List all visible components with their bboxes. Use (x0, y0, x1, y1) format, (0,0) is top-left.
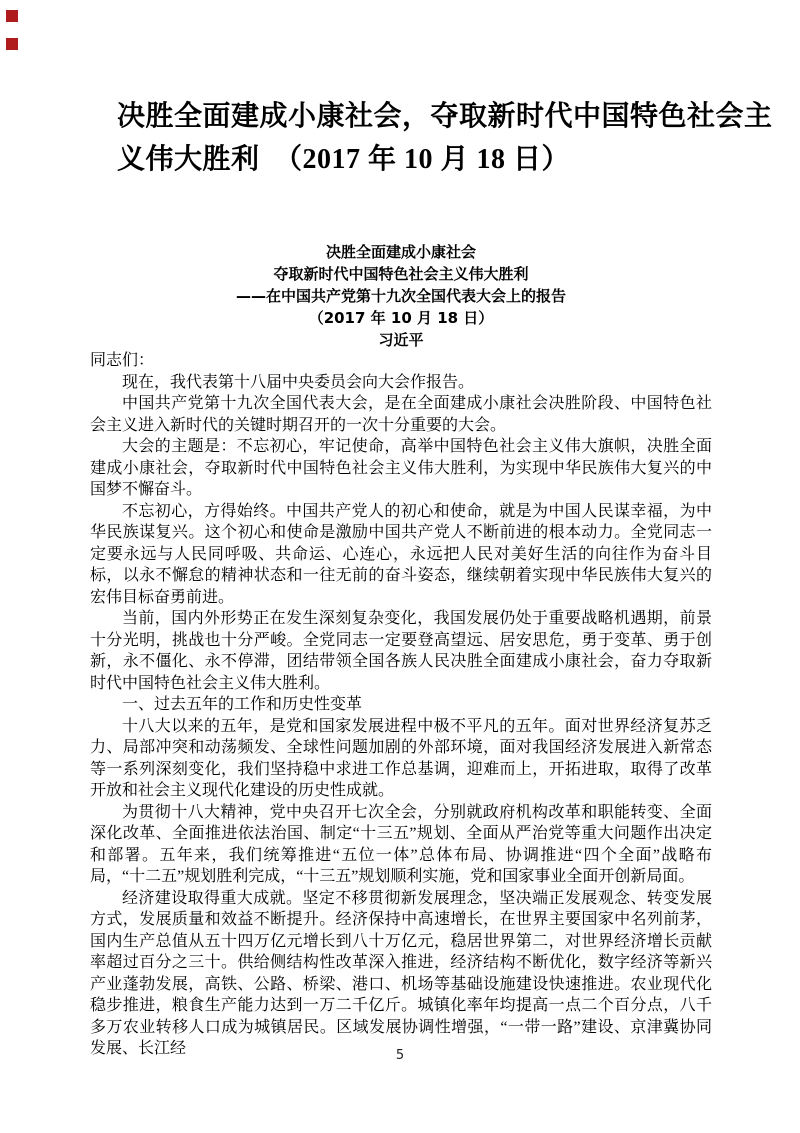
paragraph-report-intro: 现在，我代表第十八届中央委员会向大会作报告。 (90, 372, 712, 394)
section-heading-part-one: 一、过去五年的工作和历史性变革 (90, 694, 712, 716)
heading-line-theme-2: 夺取新时代中国特色社会主义伟大胜利 (90, 263, 712, 285)
paragraph-economic-achievements: 经济建设取得重大成就。坚定不移贯彻新发展理念，坚决端正发展观念、转变发展方式，发… (90, 888, 712, 1060)
heading-line-author: 习近平 (90, 329, 712, 351)
paragraph-congress-theme: 大会的主题是：不忘初心，牢记使命，高举中国特色社会主义伟大旗帜，决胜全面建成小康… (90, 436, 712, 501)
document-body: 同志们： 现在，我代表第十八届中央委员会向大会作报告。 中国共产党第十九次全国代… (90, 350, 712, 1060)
heading-line-occasion: ——在中国共产党第十九次全国代表大会上的报告 (90, 285, 712, 307)
document-title: 决胜全面建成小康社会，夺取新时代中国特色社会主 义伟大胜利 （2017 年 10… (117, 95, 717, 181)
document-page: { "page": { "number": "5", "background_c… (0, 0, 800, 1133)
title-line-2: 义伟大胜利 （2017 年 10 月 18 日） (117, 138, 717, 181)
report-heading-block: 决胜全面建成小康社会 夺取新时代中国特色社会主义伟大胜利 ——在中国共产党第十九… (90, 241, 712, 351)
red-marker-top (6, 10, 18, 22)
heading-line-theme: 决胜全面建成小康社会 (90, 241, 712, 263)
salutation: 同志们： (90, 350, 712, 372)
red-marker-bottom (6, 38, 18, 50)
heading-line-date: （2017 年 10 月 18 日） (90, 307, 712, 329)
paragraph-congress-context: 中国共产党第十九次全国代表大会，是在全面建成小康社会决胜阶段、中国特色社会主义进… (90, 393, 712, 436)
paragraph-original-aspiration: 不忘初心，方得始终。中国共产党人的初心和使命，就是为中国人民谋幸福，为中华民族谋… (90, 501, 712, 609)
page-number: 5 (0, 1048, 800, 1063)
paragraph-current-situation: 当前，国内外形势正在发生深刻复杂变化，我国发展仍处于重要战略机遇期，前景十分光明… (90, 608, 712, 694)
paragraph-plenary-sessions: 为贯彻十八大精神，党中央召开七次全会，分别就政府机构改革和职能转变、全面深化改革… (90, 802, 712, 888)
paragraph-five-years: 十八大以来的五年，是党和国家发展进程中极不平凡的五年。面对世界经济复苏乏力、局部… (90, 716, 712, 802)
title-line-1: 决胜全面建成小康社会，夺取新时代中国特色社会主 (117, 95, 717, 138)
